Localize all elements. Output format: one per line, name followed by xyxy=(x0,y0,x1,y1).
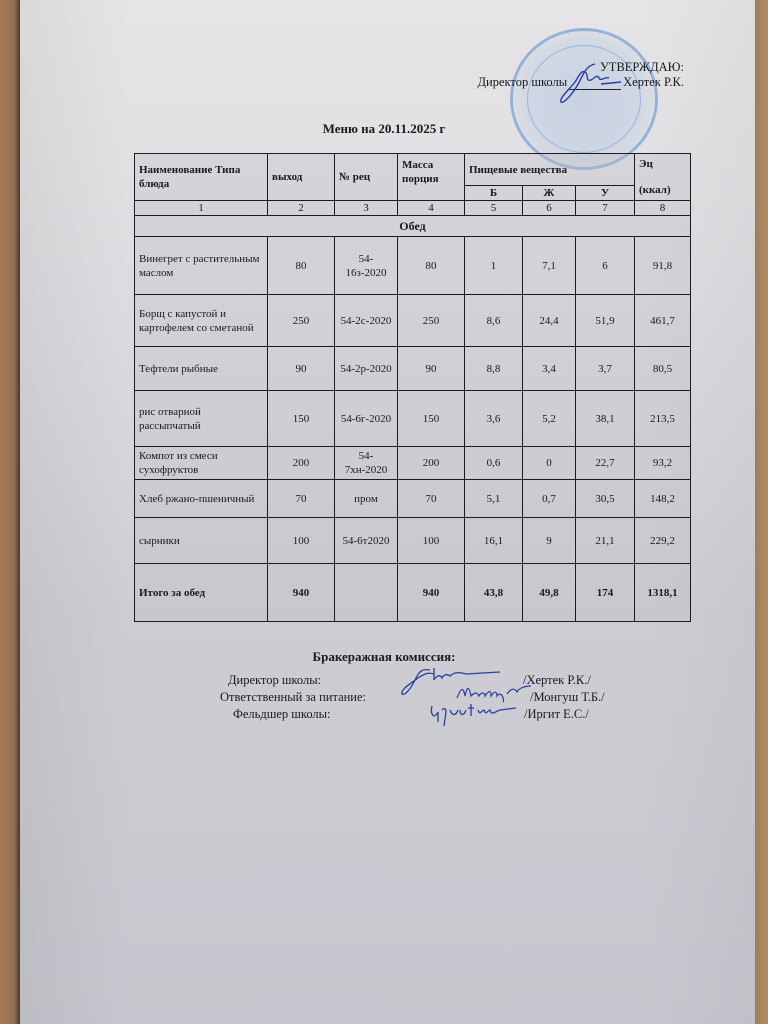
dish-fat: 0,7 xyxy=(523,480,576,518)
dish-recipe: 54-2р-2020 xyxy=(335,347,398,391)
dish-protein: 1 xyxy=(465,237,523,295)
dish-protein: 16,1 xyxy=(465,518,523,564)
dish-yield: 250 xyxy=(268,295,335,347)
total-protein: 43,8 xyxy=(465,564,523,622)
dish-mass: 250 xyxy=(398,295,465,347)
approval-name: Хертек Р.К. xyxy=(623,75,684,89)
dish-name: сырники xyxy=(135,518,268,564)
col-num: 5 xyxy=(465,201,523,216)
menu-rows: Винегрет с растительным маслом8054-16з-2… xyxy=(135,237,691,564)
dish-protein: 8,6 xyxy=(465,295,523,347)
header-carbs: У xyxy=(576,186,635,201)
header-protein: Б xyxy=(465,186,523,201)
commission-name-medic: /Иргит Е.С./ xyxy=(524,707,589,722)
dish-energy: 461,7 xyxy=(635,295,691,347)
header-yield: выход xyxy=(268,154,335,201)
section-row: Обед xyxy=(135,216,691,237)
dish-mass: 80 xyxy=(398,237,465,295)
dish-carbs: 6 xyxy=(576,237,635,295)
dish-fat: 7,1 xyxy=(523,237,576,295)
col-num: 4 xyxy=(398,201,465,216)
header-fat: Ж xyxy=(523,186,576,201)
dish-yield: 70 xyxy=(268,480,335,518)
col-num: 8 xyxy=(635,201,691,216)
dish-energy: 93,2 xyxy=(635,447,691,480)
total-energy: 1318,1 xyxy=(635,564,691,622)
dish-fat: 5,2 xyxy=(523,391,576,447)
col-num: 6 xyxy=(523,201,576,216)
medic-signature xyxy=(428,700,523,728)
total-row: Итого за обед 940 940 43,8 49,8 174 1318… xyxy=(135,564,691,622)
dish-fat: 0 xyxy=(523,447,576,480)
header-row: Наименование Типа блюда выход № рец Масс… xyxy=(135,154,691,186)
dish-name: Борщ с капустой и картофелем со сметаной xyxy=(135,295,268,347)
menu-title: Меню на 20.11.2025 г xyxy=(0,121,768,137)
menu-row: рис отварной рассыпчатый15054-6г-2020150… xyxy=(135,391,691,447)
dish-name: Тефтели рыбные xyxy=(135,347,268,391)
dish-mass: 200 xyxy=(398,447,465,480)
menu-row: сырники10054-6т202010016,1921,1229,2 xyxy=(135,518,691,564)
dish-name: Компот из смеси сухофруктов xyxy=(135,447,268,480)
menu-row: Тефтели рыбные9054-2р-2020908,83,43,780,… xyxy=(135,347,691,391)
column-number-row: 1 2 3 4 5 6 7 8 xyxy=(135,201,691,216)
dish-carbs: 51,9 xyxy=(576,295,635,347)
dish-mass: 150 xyxy=(398,391,465,447)
dish-mass: 100 xyxy=(398,518,465,564)
header-mass: Масса порция xyxy=(398,154,465,201)
dish-carbs: 38,1 xyxy=(576,391,635,447)
commission-heading: Бракеражная комиссия: xyxy=(0,649,768,665)
dish-recipe: 54-16з-2020 xyxy=(335,237,398,295)
dish-name: Хлеб ржано-пшеничный xyxy=(135,480,268,518)
table-surface-left xyxy=(0,0,22,1024)
commission-role-medic: Фельдшер школы: xyxy=(233,707,331,722)
approval-position: Директор школы xyxy=(478,75,568,89)
menu-row: Хлеб ржано-пшеничный70пром705,10,730,514… xyxy=(135,480,691,518)
dish-fat: 9 xyxy=(523,518,576,564)
dish-yield: 150 xyxy=(268,391,335,447)
total-recipe xyxy=(335,564,398,622)
dish-carbs: 3,7 xyxy=(576,347,635,391)
dish-energy: 91,8 xyxy=(635,237,691,295)
dish-recipe: 54-6т2020 xyxy=(335,518,398,564)
header-energy: Эц (ккал) xyxy=(635,154,691,201)
dish-protein: 3,6 xyxy=(465,391,523,447)
total-mass: 940 xyxy=(398,564,465,622)
total-fat: 49,8 xyxy=(523,564,576,622)
menu-row: Компот из смеси сухофруктов20054-7хн-202… xyxy=(135,447,691,480)
dish-carbs: 30,5 xyxy=(576,480,635,518)
col-num: 3 xyxy=(335,201,398,216)
section-lunch: Обед xyxy=(135,216,691,237)
dish-fat: 24,4 xyxy=(523,295,576,347)
dish-protein: 8,8 xyxy=(465,347,523,391)
header-energy-label: Эц xyxy=(639,157,686,183)
dish-mass: 70 xyxy=(398,480,465,518)
dish-energy: 229,2 xyxy=(635,518,691,564)
dish-recipe: 54-7хн-2020 xyxy=(335,447,398,480)
total-yield: 940 xyxy=(268,564,335,622)
dish-energy: 213,5 xyxy=(635,391,691,447)
dish-recipe: пром xyxy=(335,480,398,518)
dish-recipe: 54-2с-2020 xyxy=(335,295,398,347)
dish-carbs: 21,1 xyxy=(576,518,635,564)
dish-energy: 148,2 xyxy=(635,480,691,518)
col-num: 1 xyxy=(135,201,268,216)
header-dish: Наименование Типа блюда xyxy=(135,154,268,201)
dish-yield: 200 xyxy=(268,447,335,480)
col-num: 7 xyxy=(576,201,635,216)
dish-name: рис отварной рассыпчатый xyxy=(135,391,268,447)
dish-fat: 3,4 xyxy=(523,347,576,391)
dish-protein: 5,1 xyxy=(465,480,523,518)
total-label: Итого за обед xyxy=(135,564,268,622)
header-recipe: № рец xyxy=(335,154,398,201)
commission-role-nutrition: Ответственный за питание: xyxy=(220,690,366,705)
menu-row: Винегрет с растительным маслом8054-16з-2… xyxy=(135,237,691,295)
total-carbs: 174 xyxy=(576,564,635,622)
dish-mass: 90 xyxy=(398,347,465,391)
header-nutrients: Пищевые вещества xyxy=(465,154,635,186)
dish-recipe: 54-6г-2020 xyxy=(335,391,398,447)
dish-name: Винегрет с растительным маслом xyxy=(135,237,268,295)
dish-yield: 80 xyxy=(268,237,335,295)
director-signature-approval xyxy=(555,60,625,110)
commission-role-director: Директор школы: xyxy=(228,673,321,688)
dish-protein: 0,6 xyxy=(465,447,523,480)
dish-carbs: 22,7 xyxy=(576,447,635,480)
dish-yield: 100 xyxy=(268,518,335,564)
header-energy-unit: (ккал) xyxy=(639,183,686,197)
menu-table: Наименование Типа блюда выход № рец Масс… xyxy=(134,153,691,622)
col-num: 2 xyxy=(268,201,335,216)
dish-yield: 90 xyxy=(268,347,335,391)
menu-row: Борщ с капустой и картофелем со сметаной… xyxy=(135,295,691,347)
commission-name-nutrition: /Монгуш Т.Б./ xyxy=(530,690,605,705)
dish-energy: 80,5 xyxy=(635,347,691,391)
